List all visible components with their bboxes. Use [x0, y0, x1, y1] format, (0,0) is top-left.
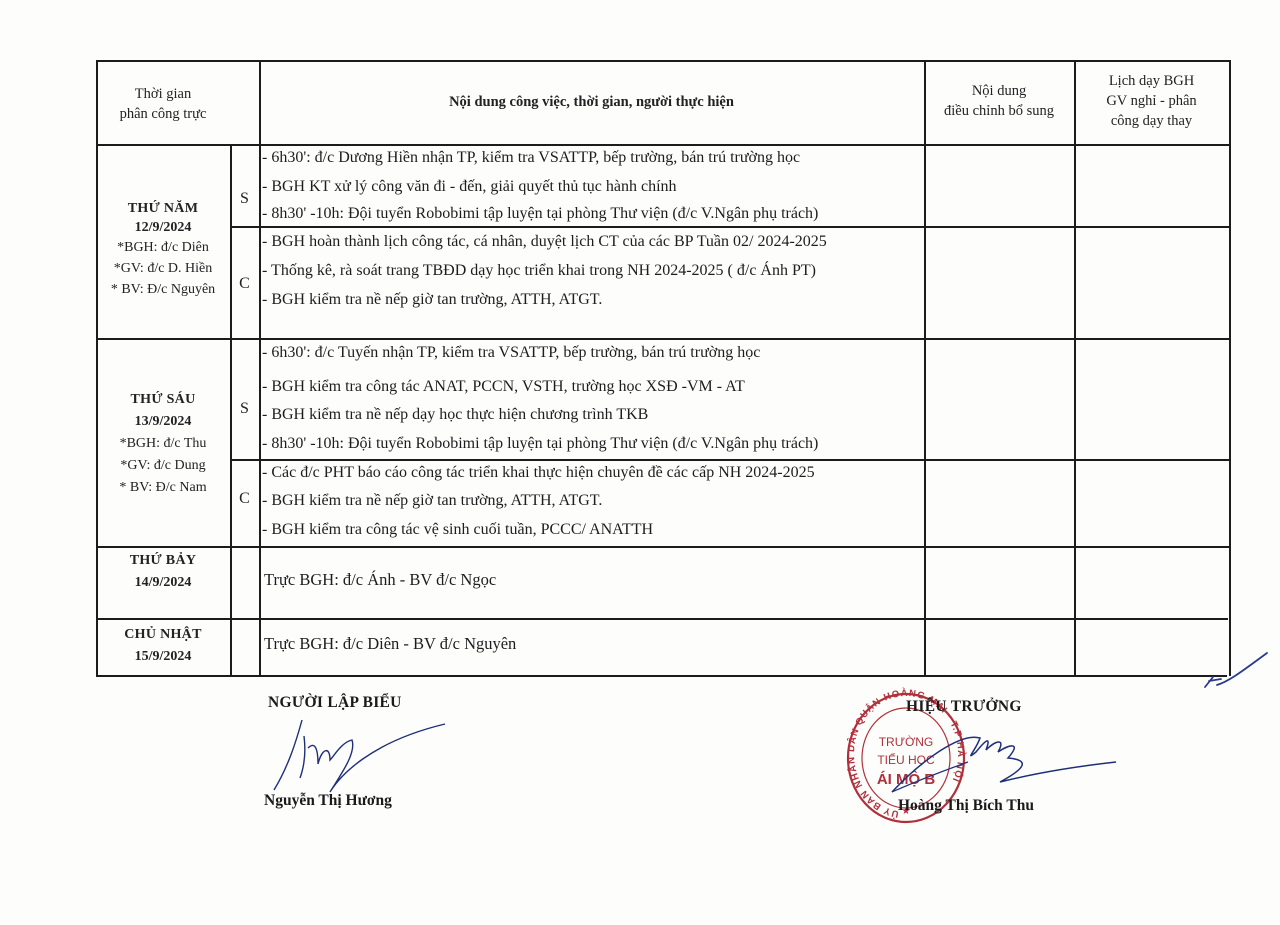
header-time-line2: phân công trực [96, 104, 230, 124]
session-morning: S [230, 190, 259, 208]
assignee-gv: *GV: đ/c D. Hiền [96, 258, 230, 280]
principal-name: Hoàng Thị Bích Thu [898, 797, 1034, 815]
task-item: - Các đ/c PHT báo cáo công tác triển kha… [262, 464, 815, 482]
task-item: - BGH kiểm tra công tác ANAT, PCCN, VSTH… [262, 378, 745, 396]
task-item: - BGH hoàn thành lịch công tác, cá nhân,… [262, 233, 827, 251]
day-date: 13/9/2024 [96, 411, 230, 433]
header-time-assignment: Thời gian phân công trực [96, 84, 230, 124]
day-date: 12/9/2024 [96, 217, 230, 239]
document-page: Thời gian phân công trực Nội dung công v… [0, 0, 1280, 925]
assignee-bgh: *BGH: đ/c Thu [96, 433, 230, 455]
header-schedule-line3: công dạy thay [1074, 111, 1229, 131]
preparer-signature-icon [260, 712, 460, 802]
header-schedule-line1: Lịch dạy BGH [1074, 71, 1229, 91]
day-sunday: CHỦ NHẬT 15/9/2024 [96, 624, 230, 668]
day-name: THỨ SÁU [96, 389, 230, 411]
day-date: 15/9/2024 [96, 646, 230, 668]
principal-title: HIỆU TRƯỞNG [906, 698, 1022, 716]
day-friday: THỨ SÁU 13/9/2024 *BGH: đ/c Thu *GV: đ/c… [96, 389, 230, 499]
task-item: - 6h30': đ/c Tuyến nhận TP, kiểm tra VSA… [262, 344, 760, 362]
principal-signature-icon [880, 722, 1140, 802]
task-item: - Thống kê, rà soát trang TBĐD dạy học t… [262, 262, 816, 280]
task-item: - BGH KT xử lý công văn đi - đến, giải q… [262, 178, 677, 196]
header-teaching-schedule: Lịch dạy BGH GV nghỉ - phân công dạy tha… [1074, 71, 1229, 131]
preparer-title: NGƯỜI LẬP BIỂU [268, 694, 402, 712]
preparer-name: Nguyễn Thị Hương [264, 792, 392, 810]
day-name: CHỦ NHẬT [96, 624, 230, 646]
header-adjust-line2: điều chỉnh bổ sung [924, 101, 1074, 121]
assignee-bv: * BV: Đ/c Nguyên [96, 279, 230, 301]
day-thursday: THỨ NĂM 12/9/2024 *BGH: đ/c Diên *GV: đ/… [96, 198, 230, 301]
task-item: - BGH kiểm tra nề nếp dạy học thực hiện … [262, 406, 648, 424]
day-date: 14/9/2024 [96, 572, 230, 594]
task-item: - BGH kiểm tra nề nếp giờ tan trường, AT… [262, 492, 602, 510]
initial-mark-icon [1195, 645, 1275, 695]
header-task-content: Nội dung công việc, thời gian, người thự… [259, 92, 924, 112]
session-afternoon: C [230, 275, 259, 293]
assignee-bv: * BV: Đ/c Nam [96, 477, 230, 499]
day-saturday: THỨ BẢY 14/9/2024 [96, 550, 230, 594]
task-item: - 6h30': đ/c Dương Hiền nhận TP, kiểm tr… [262, 149, 800, 167]
header-content-text: Nội dung công việc, thời gian, người thự… [449, 94, 734, 110]
task-item: - BGH kiểm tra công tác vệ sinh cuối tuầ… [262, 521, 653, 539]
header-adjust-line1: Nội dung [924, 81, 1074, 101]
session-morning: S [230, 400, 259, 418]
header-time-line1: Thời gian [96, 84, 230, 104]
header-adjustment: Nội dung điều chỉnh bổ sung [924, 81, 1074, 121]
day-name: THỨ BẢY [96, 550, 230, 572]
duty-text: Trực BGH: đ/c Ánh - BV đ/c Ngọc [264, 570, 496, 590]
session-afternoon: C [230, 490, 259, 508]
task-item: - 8h30' -10h: Đội tuyển Robobimi tập luy… [262, 435, 818, 453]
assignee-gv: *GV: đ/c Dung [96, 455, 230, 477]
task-item: - 8h30' -10h: Đội tuyển Robobimi tập luy… [262, 205, 818, 223]
task-item: - BGH kiểm tra nề nếp giờ tan trường, AT… [262, 291, 602, 309]
header-schedule-line2: GV nghỉ - phân [1074, 91, 1229, 111]
assignee-bgh: *BGH: đ/c Diên [96, 237, 230, 259]
duty-text: Trực BGH: đ/c Diên - BV đ/c Nguyên [264, 634, 516, 654]
